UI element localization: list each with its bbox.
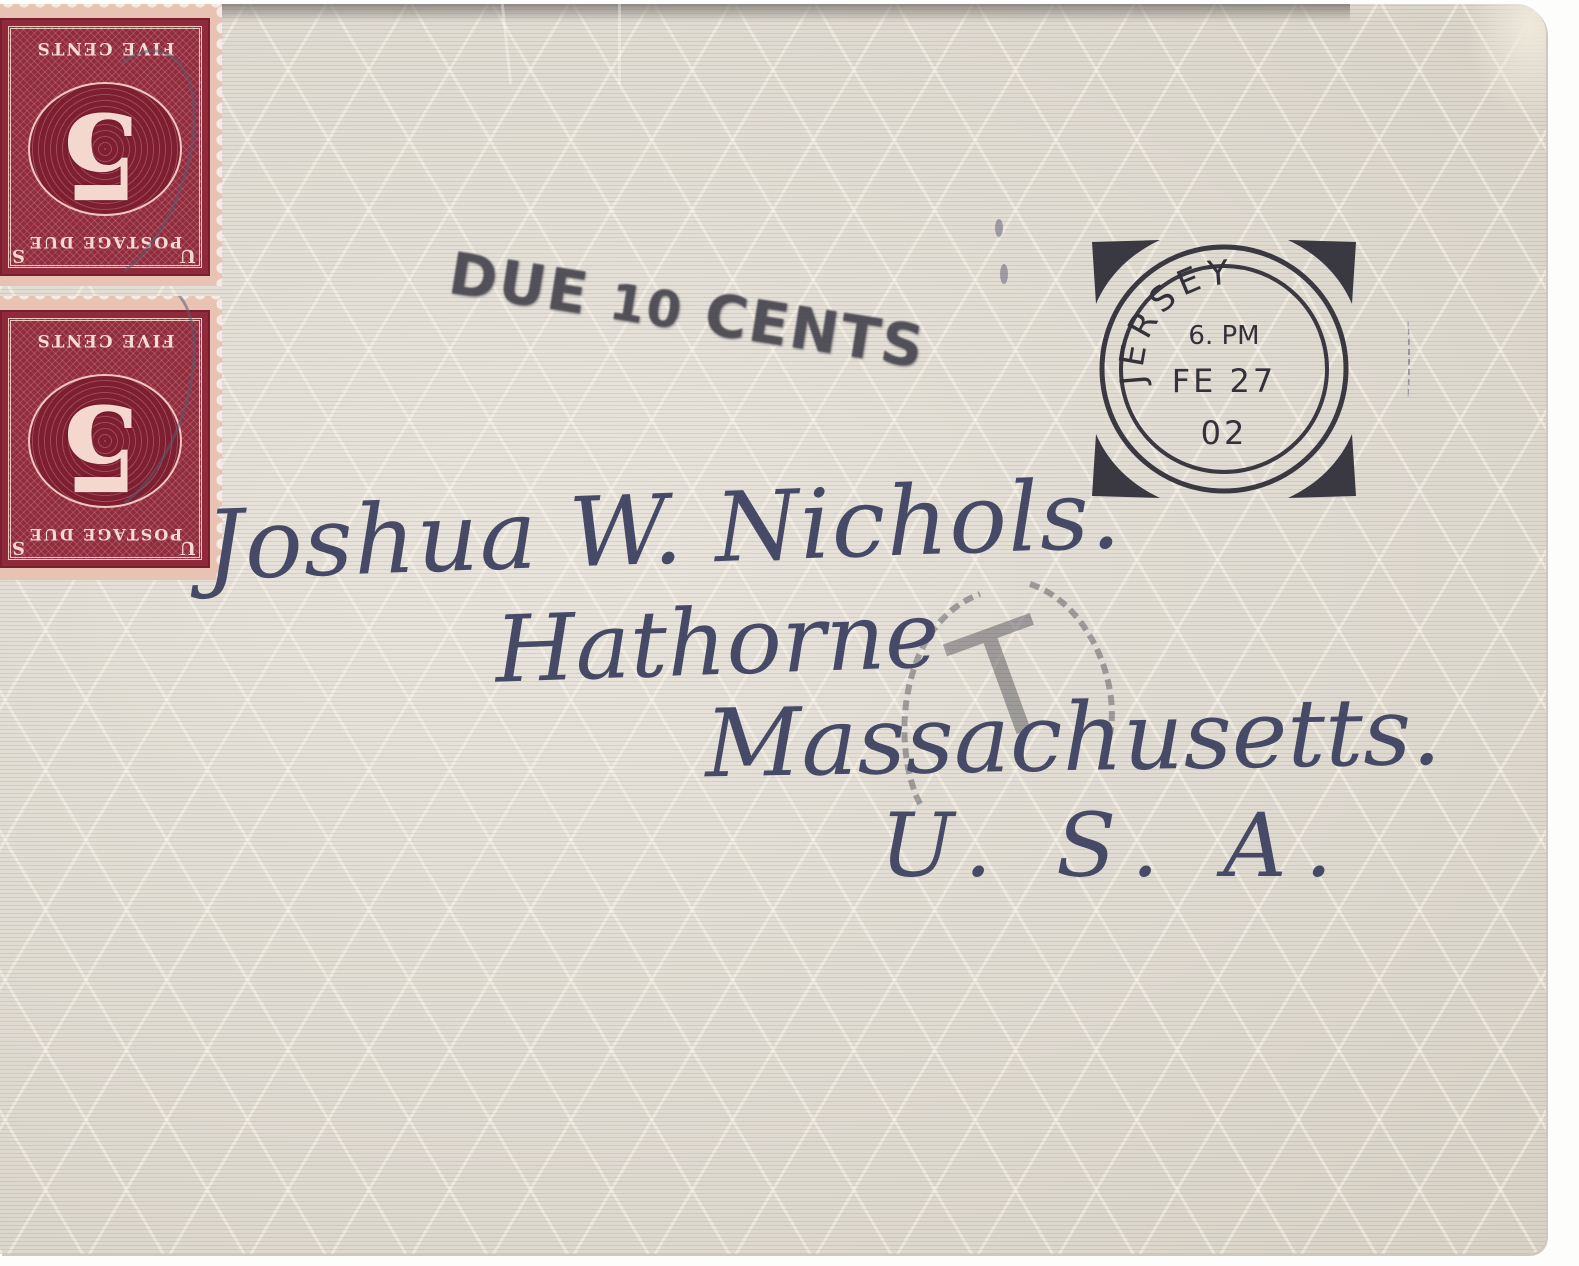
stamp-corner-letter: U — [180, 245, 196, 266]
recipient-state: Massachusetts. — [704, 678, 1442, 800]
due-amount: 10 — [606, 272, 688, 341]
postage-due-stamp-top: FIVE CENTS 5 POSTAGE DUE S U — [0, 4, 222, 286]
stamp-value-text: FIVE CENTS — [2, 38, 208, 58]
recipient-town: Hathorne — [493, 581, 941, 703]
jersey-postmark: JERSEY 6. PM FE 27 02 — [1090, 234, 1358, 502]
postage-due-stamp-bottom: FIVE CENTS 5 POSTAGE DUE S U — [0, 296, 222, 580]
paper-crease — [618, 4, 621, 84]
postmark-time: 6. PM — [1188, 321, 1259, 351]
postmark-date: FE 27 — [1172, 362, 1277, 400]
postmark-year: 02 — [1201, 414, 1248, 452]
postmark-graphic: JERSEY 6. PM FE 27 02 — [1090, 234, 1358, 502]
corner-wear — [1466, 4, 1546, 124]
stamp-corner-letter: S — [12, 245, 25, 266]
recipient-country: U. S. A. — [880, 794, 1351, 897]
stamp-corner-letter: S — [12, 537, 25, 558]
ink-smudge — [995, 219, 1003, 237]
envelope: FIVE CENTS 5 POSTAGE DUE S U FIVE CENTS … — [0, 4, 1546, 1254]
postmark-ghost-arc — [1405, 319, 1410, 399]
stamp-corner-letter: U — [180, 537, 196, 558]
stamp-label-text: POSTAGE DUE — [2, 525, 208, 544]
back-flap-edge — [150, 4, 1350, 22]
ink-smudge — [1000, 264, 1008, 284]
